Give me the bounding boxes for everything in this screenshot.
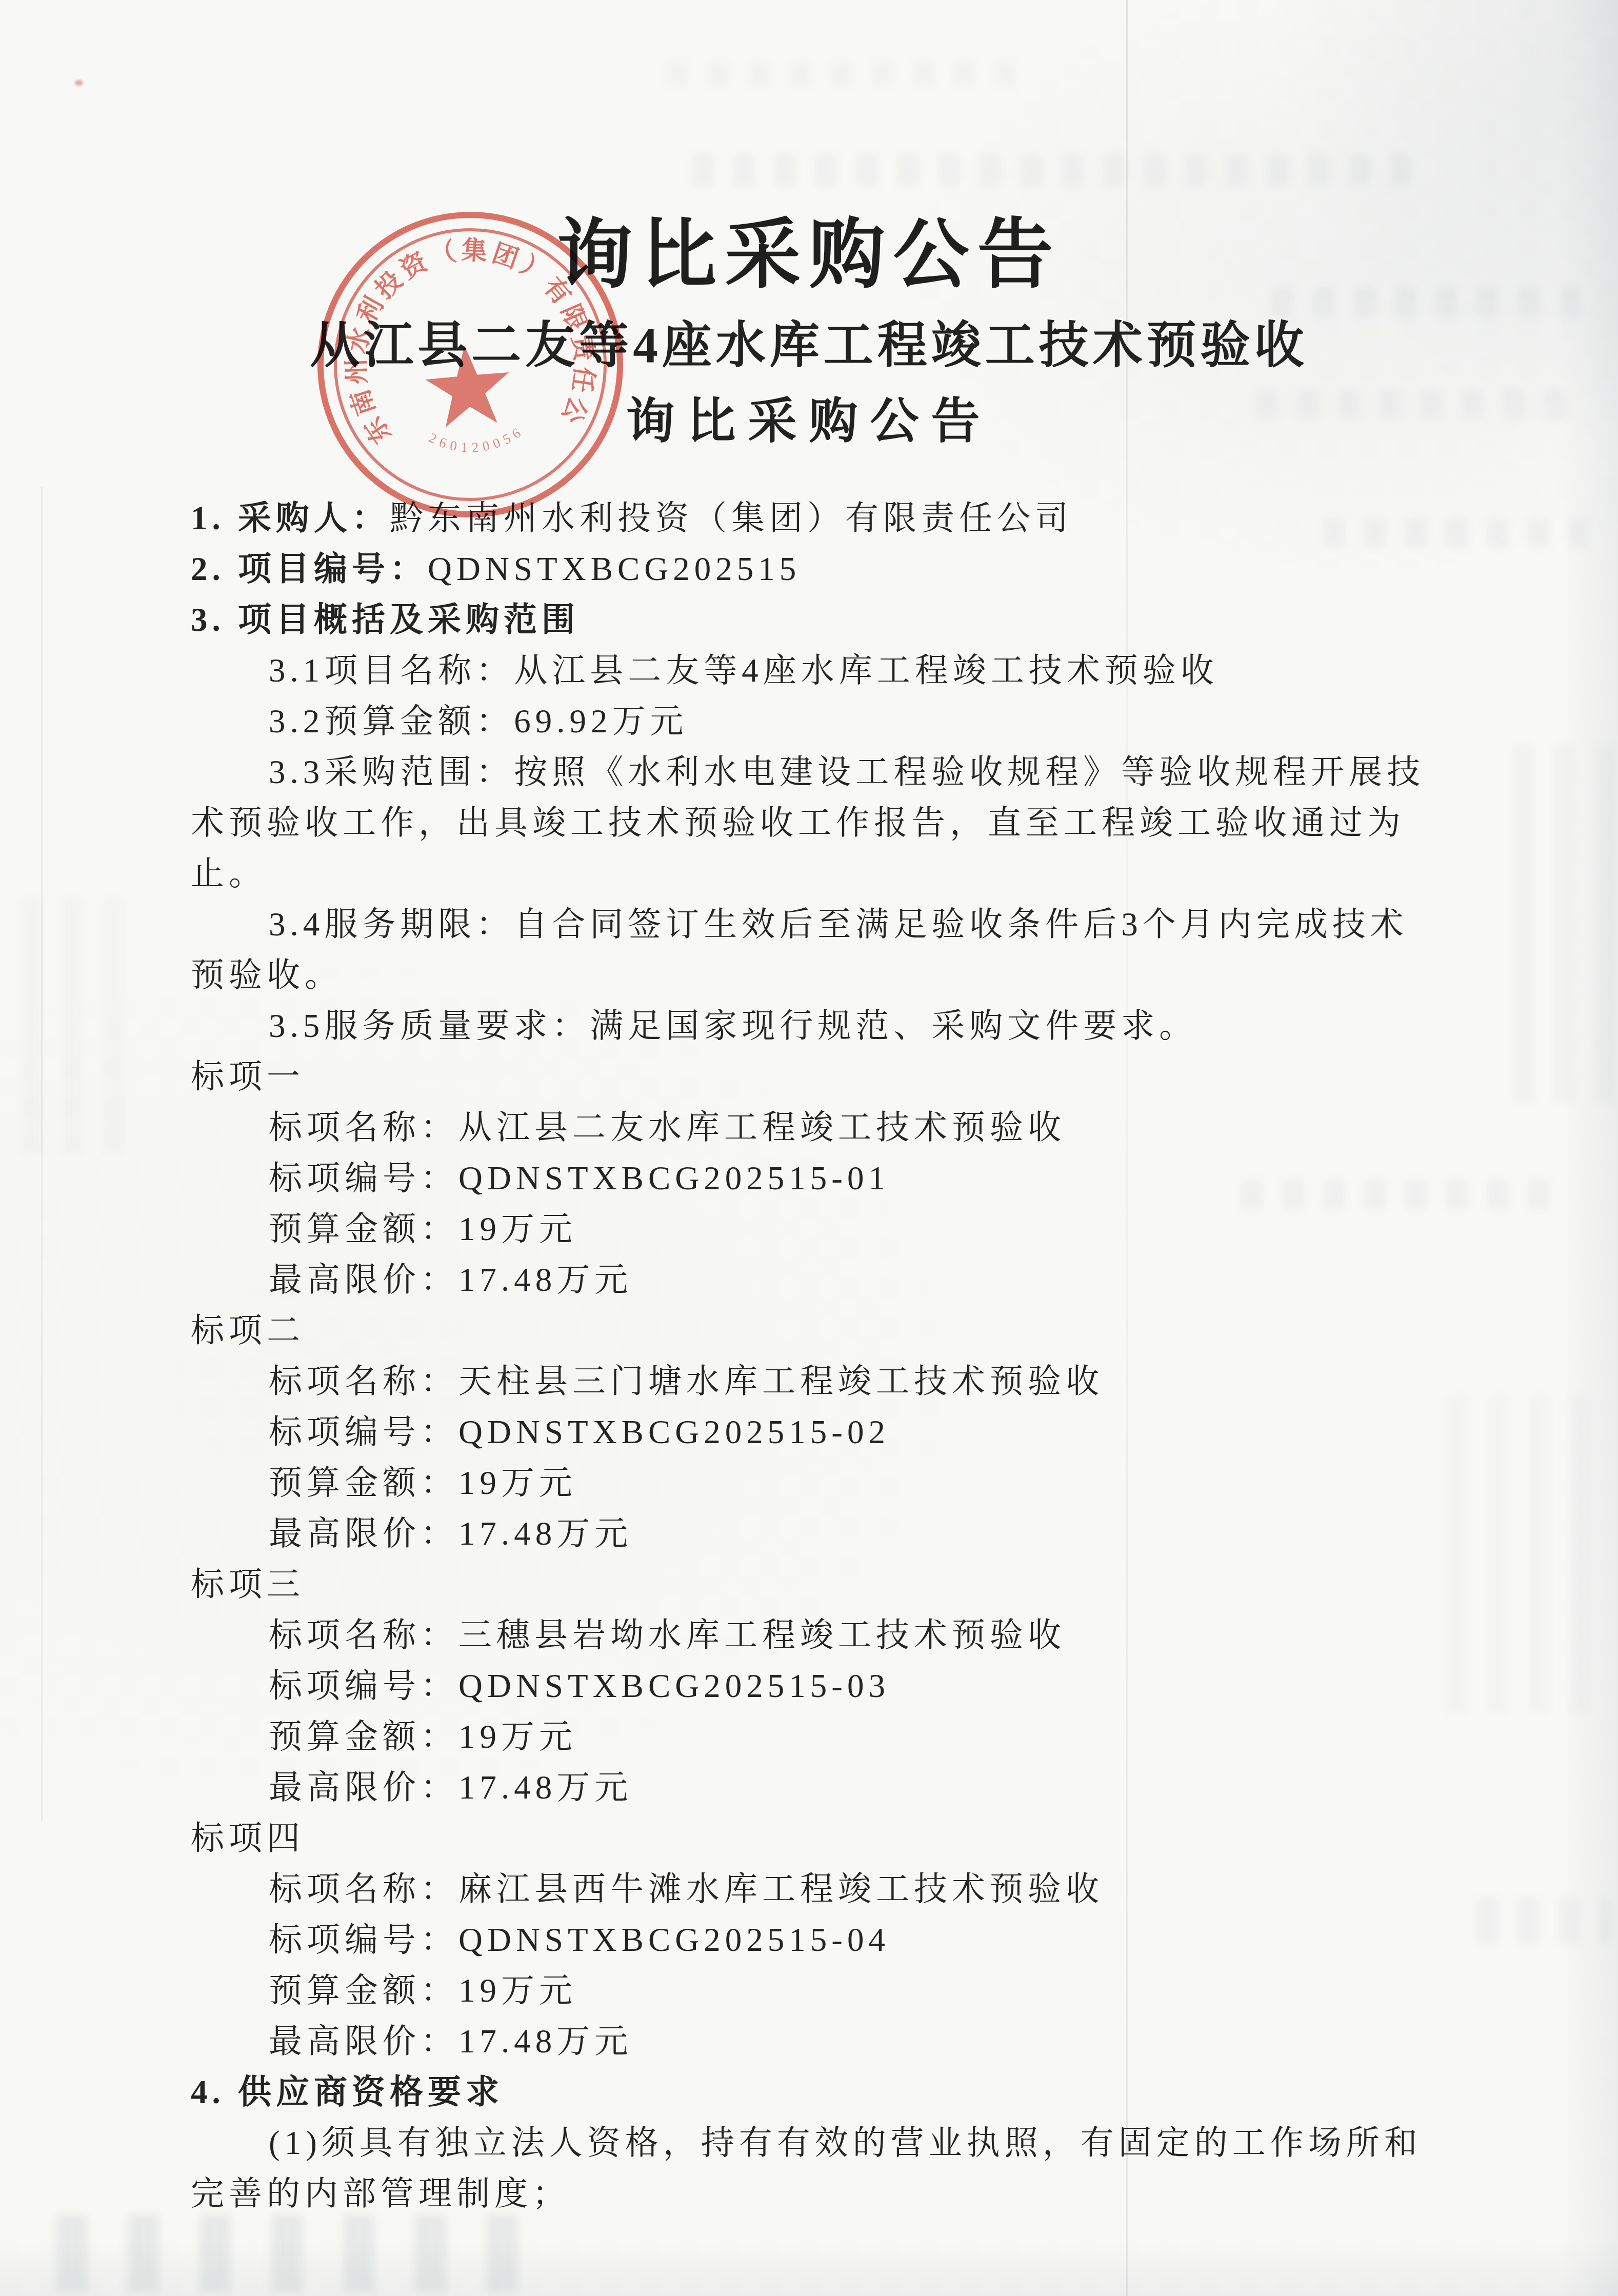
body-line-text: 完善的内部管理制度； [191,2175,570,2212]
body-line: 标项编号：QDNSTXBCG202515-04 [191,1915,1545,1966]
ink-bleedthrough-texture [21,897,144,1154]
body-line-text: 预验收。 [191,957,343,994]
project-subtitle: 从江县二友等4座水库工程竣工技术预验收 [0,305,1618,376]
body-line: 标项名称：三穗县岩坳水库工程竣工技术预验收 [191,1610,1545,1661]
body-text: 1. 采购人：黔东南州水利投资（集团）有限责任公司2. 项目编号：QDNSTXB… [191,493,1545,2220]
ink-bleedthrough-texture [692,154,1410,187]
body-line: 标项编号：QDNSTXBCG202515-03 [191,1661,1545,1712]
ink-bleedthrough-texture [667,62,1026,87]
body-line-text: 预算金额：19万元 [269,1465,577,1502]
body-line: 3.5服务质量要求：满足国家现行规范、采购文件要求。 [191,1001,1545,1052]
body-line-text: 标项一 [191,1059,305,1095]
body-line: 最高限价：17.48万元 [191,1255,1545,1306]
scan-smudge-bottom-left [56,2215,559,2292]
body-line-text: 标项编号：QDNSTXBCG202515-03 [269,1668,890,1705]
body-line: 术预验收工作，出具竣工技术预验收工作报告，直至工程竣工验收通过为 [191,798,1545,849]
seal-star-icon [423,342,513,429]
body-line-text: 3.4服务期限：自合同签订生效后至满足验收条件后3个月内完成技术 [269,906,1408,943]
body-line: 止。 [191,849,1545,900]
body-line: 4. 供应商资格要求 [191,2067,1545,2118]
body-line: 预验收。 [191,950,1545,1001]
body-line-text: 标项名称：麻江县西牛滩水库工程竣工技术预验收 [269,1871,1104,1908]
body-line: 标项二 [191,1306,1545,1356]
body-line-text: 术预验收工作，出具竣工技术预验收工作报告，直至工程竣工验收通过为 [191,805,1405,842]
body-line: 标项名称：天柱县三门塘水库工程竣工技术预验收 [191,1356,1545,1407]
company-seal-stamp: 黔东南州水利投资（集团）有限责任公司 260120056 [273,167,667,562]
scanned-document-page: 询比采购公告 从江县二友等4座水库工程竣工技术预验收 询比采购公告 1. 采购人… [0,0,1618,2296]
body-line-text: 3.2预算金额：69.92万元 [269,703,688,740]
body-line-text: 标项二 [191,1312,305,1349]
body-line: 完善的内部管理制度； [191,2169,1545,2220]
body-line: 3.4服务期限：自合同签订生效后至满足验收条件后3个月内完成技术 [191,900,1545,950]
seal-organization-text: 黔东南州水利投资（集团）有限责任公司 [331,225,605,451]
body-line: 预算金额：19万元 [191,1204,1545,1255]
body-line: 标项四 [191,1813,1545,1864]
body-line-text: 最高限价：17.48万元 [269,2023,632,2060]
body-line: 预算金额：19万元 [191,1458,1545,1509]
body-line: 标项名称：从江县二友水库工程竣工技术预验收 [191,1103,1545,1153]
body-line-text: 3.5服务质量要求：满足国家现行规范、采购文件要求。 [269,1008,1197,1045]
body-line-text: 4. 供应商资格要求 [191,2074,504,2111]
body-line: 标项名称：麻江县西牛滩水库工程竣工技术预验收 [191,1864,1545,1915]
body-line-text: 最高限价：17.48万元 [269,1769,632,1806]
body-line-text: 最高限价：17.48万元 [269,1515,632,1552]
body-line: 标项一 [191,1052,1545,1103]
body-line: 3. 项目概括及采购范围 [191,595,1545,646]
body-line-text: 3.3采购范围：按照《水利水电建设工程验收规程》等验收规程开展技 [269,754,1425,791]
body-line: 最高限价：17.48万元 [191,1763,1545,1813]
seal-serial-number: 260120056 [425,422,528,459]
body-line-text: 标项编号：QDNSTXBCG202515-04 [269,1922,890,1959]
body-line-text: 最高限价：17.48万元 [269,1262,632,1299]
body-line-text: 3.1项目名称：从江县二友等4座水库工程竣工技术预验收 [269,652,1219,689]
body-line: 3.1项目名称：从江县二友等4座水库工程竣工技术预验收 [191,646,1545,696]
body-line-text: 标项名称：天柱县三门塘水库工程竣工技术预验收 [269,1363,1104,1400]
page-title: 询比采购公告 [0,194,1618,303]
body-line: 预算金额：19万元 [191,1966,1545,2017]
body-line-text: QDNSTXBCG202515 [428,551,801,588]
red-ink-speck [75,80,83,86]
scan-left-edge-line [41,487,43,1821]
body-line-text: 预算金额：19万元 [269,1211,577,1248]
body-line: 3.2预算金额：69.92万元 [191,696,1545,747]
body-line-text: 标项四 [191,1820,305,1857]
body-line-text: 预算金额：19万元 [269,1719,577,1755]
body-line: 标项编号：QDNSTXBCG202515-01 [191,1153,1545,1204]
body-line-text: 标项名称：从江县二友水库工程竣工技术预验收 [269,1109,1066,1146]
body-line-text: (1)须具有独立法人资格，持有有效的营业执照，有固定的工作场所和 [269,2125,1422,2162]
body-line-text: 标项编号：QDNSTXBCG202515-02 [269,1414,890,1451]
body-line-text: 标项名称：三穗县岩坳水库工程竣工技术预验收 [269,1617,1066,1654]
body-line: 标项编号：QDNSTXBCG202515-02 [191,1407,1545,1458]
body-line-text: 预算金额：19万元 [269,1972,577,2009]
announcement-subtitle: 询比采购公告 [0,383,1618,452]
body-line-text: 3. 项目概括及采购范围 [191,602,580,638]
body-line-text: 标项三 [191,1566,305,1603]
body-line: 最高限价：17.48万元 [191,2017,1545,2067]
body-line: (1)须具有独立法人资格，持有有效的营业执照，有固定的工作场所和 [191,2118,1545,2169]
body-line: 预算金额：19万元 [191,1712,1545,1763]
body-line: 最高限价：17.48万元 [191,1509,1545,1560]
body-line-text: 止。 [191,855,267,892]
body-line-text: 标项编号：QDNSTXBCG202515-01 [269,1160,890,1197]
body-line: 3.3采购范围：按照《水利水电建设工程验收规程》等验收规程开展技 [191,747,1545,798]
body-line: 标项三 [191,1560,1545,1610]
